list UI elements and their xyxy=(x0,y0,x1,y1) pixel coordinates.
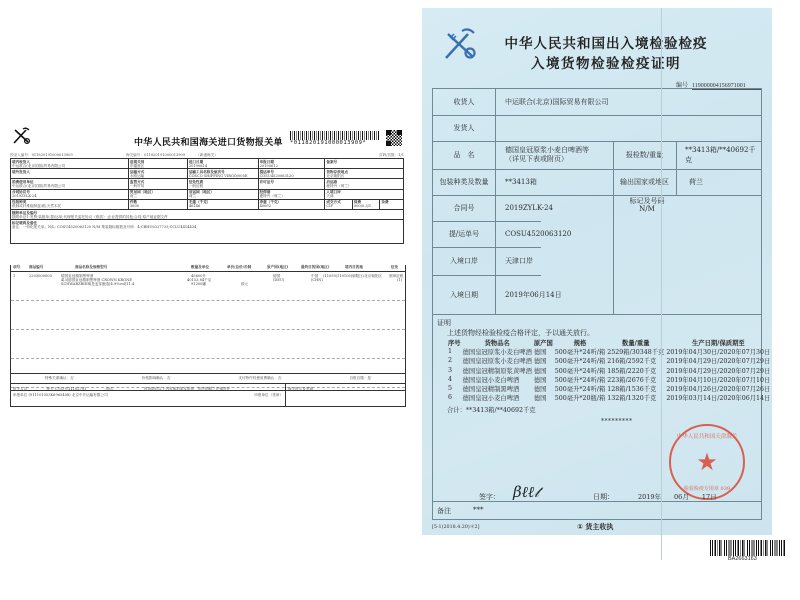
package-label: 包装种类及数量 xyxy=(433,169,495,195)
items-cell: 德国 xyxy=(533,375,554,384)
items-cell: 德国皇冠原浆小麦白啤酒 xyxy=(462,347,533,356)
bl-value: COSU4520063120 xyxy=(505,221,613,247)
items-cell: 128箱/1536千克 xyxy=(606,384,665,393)
items-cell: 500毫升*24听/箱 xyxy=(554,347,607,356)
special-relation-confirm: 特殊关系确认：否 xyxy=(45,374,74,383)
goods-duty-code: (1) xyxy=(397,278,402,282)
items-header-row: 序号 货物品名 原产国 规格 数量/重量 生产日期/保质期至 xyxy=(447,338,771,347)
declaration-title: 中华人民共和国海关进口货物报关单 xyxy=(134,135,283,148)
items-col-header: 规格 xyxy=(554,338,607,347)
items-cell: 2019年04月26日/2020年07月26日 xyxy=(665,384,771,393)
field-value: 40692 xyxy=(260,204,271,208)
field-value: COSU4520063120 xyxy=(260,174,294,178)
bl-label: 提/运单号 xyxy=(433,221,495,247)
field-label: 备案号 xyxy=(326,160,402,164)
fold-line xyxy=(661,8,662,560)
sign-date-label: 日期： xyxy=(593,492,614,502)
certificate-barcode xyxy=(710,540,785,556)
marks-value: N/M xyxy=(639,205,655,213)
items-cell: 德国 xyxy=(533,384,554,393)
goods-row-empty xyxy=(11,301,405,330)
field-value: 一般贸易 xyxy=(130,184,144,188)
declaring-unit: 申报单位 (911101053K6965408) 北京中升运输有限公司 xyxy=(13,393,108,397)
entry-date-value: 2019年06月14日 xyxy=(505,275,613,314)
items-cell: 德国皇冠小麦白啤酒 xyxy=(462,393,533,402)
remark-value: *** xyxy=(473,506,484,514)
customs-number-value: 011820191000013909 xyxy=(144,153,185,157)
items-cell: 德国皇冠精制黑啤酒 xyxy=(462,384,533,393)
goods-code: 2203000000 xyxy=(29,274,52,278)
goods-table-header: 项号 商品编号 商品名称及规格型号 数量及单位 单价/总价/币制 原产国(地区)… xyxy=(11,265,405,272)
product-name-label: 品 名 xyxy=(433,141,495,169)
items-cell: 德国 xyxy=(533,366,554,375)
field-label: 入境口岸 xyxy=(326,190,402,194)
items-row: 6德国皇冠小麦白啤酒德国500毫升*20瓶/箱132箱/1320千克2019年0… xyxy=(447,393,771,402)
items-cell: 德国皇冠小麦白啤酒 xyxy=(462,375,533,384)
goods-items-table: 序号 货物品名 原产国 规格 数量/重量 生产日期/保质期至 1德国皇冠原浆小麦… xyxy=(447,338,771,402)
items-cell: 132箱/1320千克 xyxy=(606,393,665,402)
field-value: 中运联合(北京)国际贸易有限公司 xyxy=(12,164,65,168)
field-label: 启运国（地区） xyxy=(189,190,257,194)
consignee-label: 收货人 xyxy=(433,89,495,115)
field-label: 境外发货人 xyxy=(12,170,127,174)
items-col-header: 生产日期/保质期至 xyxy=(665,338,771,347)
field-value: 天津 xyxy=(326,194,333,198)
items-cell: 500毫升*24听/箱 xyxy=(554,356,607,365)
field-value: 20190614 xyxy=(189,164,207,168)
items-cell: 3 xyxy=(447,366,462,375)
field-value: 46146 xyxy=(189,204,200,208)
items-row: 2德国皇冠原浆小麦白啤酒德国500毫升*24听/箱216箱/2592千克2019… xyxy=(447,356,771,365)
inspection-qty-label: 报检数/重量 xyxy=(613,141,676,169)
royalty-confirm: 支付特许权使用费确认：否 xyxy=(238,374,281,383)
signature-label: 签字： xyxy=(479,492,500,502)
product-name-value: 德国皇冠原浆小麦白啤酒等 xyxy=(505,146,589,155)
goods-col-header: 项号 xyxy=(13,265,23,271)
items-cell: 2019年04月10日/2020年07月10日 xyxy=(665,375,771,384)
customs-number-label: 海关编号： xyxy=(126,153,144,157)
items-cell: 德国 xyxy=(533,356,554,365)
items-cell: 德国皇冠原浆小麦白啤酒 xyxy=(462,356,533,365)
goods-origin-code: (DEU) xyxy=(273,278,284,282)
entry-date-label: 入境日期 xyxy=(433,275,495,314)
items-cell: 德国皇冠精制原浆黄啤酒 xyxy=(462,366,533,375)
field-label: 杂费 xyxy=(381,200,402,204)
items-cell: 216箱/2592千克 xyxy=(606,356,665,365)
customs-emblem-icon xyxy=(12,127,32,145)
contract-label: 合同号 xyxy=(433,195,495,221)
seal-subtext: 检验检疫专用章 039 xyxy=(671,485,743,492)
field-value: 东疆港区 xyxy=(130,164,144,168)
items-row: 4德国皇冠小麦白啤酒德国500毫升*24听/箱223箱/2676千克2019年0… xyxy=(447,375,771,384)
official-seal: 中华人民共和国天津海关 ★ 检验检疫专用章 039 xyxy=(669,424,745,500)
items-col-header: 原产国 xyxy=(533,338,554,347)
items-cell: 500毫升*24听/箱 xyxy=(554,384,607,393)
items-cell: 500毫升*24听/箱 xyxy=(554,366,607,375)
declarer-id: 报关人员证号11102791 xyxy=(47,387,87,391)
field-value: 20190612 xyxy=(260,164,278,168)
items-row: 5德国皇冠精制黑啤酒德国500毫升*24听/箱128箱/1536千克2019年0… xyxy=(447,384,771,393)
consignee-value: 中运联合(北京)国际贸易有限公司 xyxy=(505,89,755,115)
consignor-label: 发货人 xyxy=(433,115,495,141)
goods-row: 1 2203000000 德国皇冠精制黑啤酒 4|3|德国皇冠精制黑啤酒 CRO… xyxy=(11,272,405,301)
items-cell: 223箱/2676千克 xyxy=(606,375,665,384)
items-cell: 2529箱/30348千克 xyxy=(606,347,665,356)
items-cell: 2019年04月29日/2020年07月29日 xyxy=(665,356,771,365)
certification-label: 证明 xyxy=(437,318,451,328)
goods-col-header: 最终目的国(地区) xyxy=(301,265,339,271)
items-total: 合计：**3413箱/**40692千克 xyxy=(447,405,536,414)
goods-currency: 欧元 xyxy=(241,282,248,286)
items-col-header: 数量/重量 xyxy=(606,338,665,347)
field-value: 荷兰 xyxy=(130,194,137,198)
marks-value: 备注：一份化报关单。N/L: COSU4520063120 N/M 集装箱标箱数… xyxy=(12,225,198,229)
seal-text: 中华人民共和国天津海关 xyxy=(675,432,739,440)
export-country-value: 荷兰 xyxy=(689,169,759,195)
items-col-header: 货物品名 xyxy=(462,338,533,347)
field-value: 鹿特丹（荷兰） xyxy=(326,184,351,188)
goods-row-empty xyxy=(11,330,405,359)
field-value: 北京朝阳区 xyxy=(326,174,344,178)
field-value: 一般征税 xyxy=(189,184,203,188)
seal-code: 039 xyxy=(721,486,731,492)
items-cell: 德国 xyxy=(533,347,554,356)
certificate-title-line1: 中华人民共和国出入境检验检疫 xyxy=(422,32,772,52)
field-value: CIF xyxy=(326,204,333,208)
consignor-value xyxy=(505,115,755,141)
items-cell: 500毫升*24听/箱 xyxy=(554,375,607,384)
field-value: COSCO SHIPPING VIRGO/005E xyxy=(189,174,248,178)
customs-port: （新港海关） xyxy=(196,153,218,157)
goods-col-header: 商品名称及规格型号 xyxy=(75,265,185,271)
certificate-barcode-text: BA2663163 xyxy=(728,556,757,562)
remark-label: 备注 xyxy=(437,506,451,516)
end-marker: ********* xyxy=(601,418,633,425)
goods-col-header: 境内目的地 xyxy=(345,265,385,271)
declaration-footer: 特殊关系确认：否 价格影响确认：否 支付特许权使用费确认：否 自报自缴：是 报关… xyxy=(10,373,406,407)
goods-domestic-dest: (11059/110105)朝阳区/北京朝阳区 xyxy=(323,274,382,278)
field-value: 3600 xyxy=(130,204,139,208)
field-value: 中运联合(北京)国际贸易有限公司 xyxy=(12,184,65,188)
export-country-label: 输出国家或地区 xyxy=(613,169,676,195)
field-value: 荷兰 xyxy=(189,194,196,198)
goods-spec-2: SCHWARZBIER|是麦芽酿造|4.9%vol|11.4 xyxy=(61,282,134,286)
entry-port-value: 天津口岸 xyxy=(505,247,613,275)
items-cell: 185箱/2220千克 xyxy=(606,366,665,375)
goods-dest-code: (CHN) xyxy=(311,278,323,282)
certificate-title-line2: 入境货物检验检疫证明 xyxy=(422,52,772,72)
items-row: 1德国皇冠原浆小麦白啤酒德国500毫升*24听/箱2529箱/30348千克20… xyxy=(447,347,771,356)
field-value: 鹿特丹（荷兰） xyxy=(260,194,285,198)
declaration-header-table: 境内收货人中运联合(北京)国际贸易有限公司 进境关别东疆港区 进口日期20190… xyxy=(10,158,404,244)
certificate-grid: 收货人 中运联合(北京)国际贸易有限公司 发货人 品 名 德国皇冠原浆小麦白啤酒… xyxy=(432,88,762,520)
signature: βℓℓ𝓉 xyxy=(513,483,539,502)
items-cell: 500毫升*20瓶/箱 xyxy=(554,393,607,402)
goods-col-header: 商品编号 xyxy=(29,265,69,271)
items-col-header: 序号 xyxy=(447,338,462,347)
items-cell: 5 xyxy=(447,384,462,393)
inspection-qty-value: **3413箱/**40692千克 xyxy=(685,141,761,169)
declaration-statement: 兹申明对以上内容承担如实申报、依法纳税之法律责任 xyxy=(144,387,230,391)
self-declare-confirm: 自报自缴：是 xyxy=(349,374,371,383)
goods-col-header: 原产国(地区) xyxy=(267,265,295,271)
inspection-certificate: 中华人民共和国出入境检验检疫 入境货物检验检疫证明 编号119000004156… xyxy=(422,8,772,535)
goods-col-header: 单价/总价/币制 xyxy=(227,265,261,271)
sign-date-value: 2019年 06月 17日 xyxy=(638,492,717,501)
pre-entry-label: 预录入编号： xyxy=(10,153,32,157)
confirmation-row: 特殊关系确认：否 价格影响确认：否 支付特许权使用费确认：否 自报自缴：是 xyxy=(11,374,405,384)
goods-col-header: 数量及单位 xyxy=(191,265,221,271)
items-cell: 2019年03月14日/2020年06月14日 xyxy=(665,393,771,402)
items-cell: 2 xyxy=(447,356,462,365)
items-row: 3德国皇冠精制原浆黄啤酒德国500毫升*24听/箱185箱/2220千克2019… xyxy=(447,366,771,375)
goods-col-header: 征免 xyxy=(391,265,398,271)
certification-statement: 上述货物经检验检疫合格评定，予以通关放行。 xyxy=(447,328,594,338)
declarer-label: 报关人员 xyxy=(13,387,27,391)
field-value: 水路运输 xyxy=(130,174,144,178)
marks-label: 标记及号码 xyxy=(630,197,665,205)
field-value: 000/0.3/1 xyxy=(354,204,371,208)
entry-port-label: 入境口岸 xyxy=(433,247,495,275)
declaration-barcode-text: *0118201910000139​09* xyxy=(290,140,366,146)
package-value: **3413箱 xyxy=(505,169,613,195)
items-cell: 2019年04月30日/2020年07月30日 xyxy=(665,347,771,356)
customs-note-label: 海关批注及签章 xyxy=(288,387,313,391)
copy-label: ① 货主收执 xyxy=(577,522,613,532)
field-label: 许可证号 xyxy=(260,180,324,184)
items-cell: 2019年04月29日/2020年07月29日 xyxy=(665,366,771,375)
phone-label: 电话 xyxy=(106,387,113,391)
field-value: 2019ZYLK-24 xyxy=(12,194,37,198)
attached-docs-value: 随附单证1:发票;装箱单;提/运单;代理报关委托协议（纸质）;企业提供的其他;合… xyxy=(12,215,168,219)
declaring-seal-label: 申报单位（签章） xyxy=(254,392,283,398)
items-cell: 4 xyxy=(447,375,462,384)
customs-declaration-form: 中华人民共和国海关进口货物报关单 *0118201910000139​09* 预… xyxy=(8,125,406,415)
price-impact-confirm: 价格影响确认：否 xyxy=(142,374,171,383)
pre-entry-value: 011820191000013909 xyxy=(32,153,73,157)
contract-value: 2019ZYLK-24 xyxy=(505,195,613,221)
form-code: [5-1(2018.4.20)＊2] xyxy=(432,523,479,530)
seal-star-icon: ★ xyxy=(671,448,743,476)
items-cell: 德国 xyxy=(533,393,554,402)
items-cell: 6 xyxy=(447,393,462,402)
goods-no: 1 xyxy=(13,274,15,278)
declaration-barcode xyxy=(290,131,380,140)
qr-code xyxy=(386,130,402,146)
field-value: 纸制或纤维板制盒/箱;天然木托 xyxy=(12,204,61,208)
goods-qty-cans: 91200罐 xyxy=(191,282,206,286)
field-label: 贸易国（地区） xyxy=(130,190,186,194)
items-cell: 1 xyxy=(447,347,462,356)
product-name-note: （详见下表或附页） xyxy=(505,155,568,164)
